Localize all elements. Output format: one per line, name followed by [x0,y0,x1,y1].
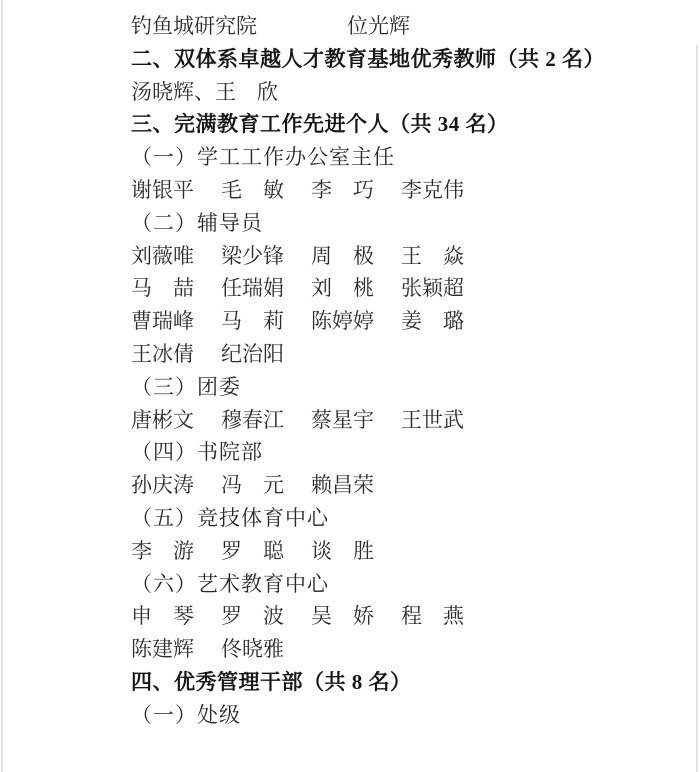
person-name: 吴 娇 [311,600,374,633]
document-content: 钓鱼城研究院位光辉二、双体系卓越人才教育基地优秀教师（共 2 名）汤晓辉、王 欣… [131,10,671,732]
person-name: 任瑞娟 [221,272,284,305]
text-line: 汤晓辉、王 欣 [131,76,671,109]
name-row: 刘薇唯梁少锋周 极王 焱 [131,240,671,273]
subsection-heading: （六）艺术教育中心 [131,568,671,601]
unit-name: 钓鱼城研究院 [131,10,347,43]
person-name: 罗 波 [221,600,284,633]
person-name: 纪治阳 [221,338,284,371]
scan-edge-right [696,45,698,772]
name-row: 申 琴罗 波吴 娇程 燕 [131,600,671,633]
person-name: 佟晓雅 [221,633,284,666]
person-name: 程 燕 [401,600,464,633]
person-name: 刘 桃 [311,272,374,305]
person-name: 位光辉 [347,14,410,38]
document-page: 钓鱼城研究院位光辉二、双体系卓越人才教育基地优秀教师（共 2 名）汤晓辉、王 欣… [0,0,700,772]
person-name: 马 莉 [221,305,284,338]
person-name: 申 琴 [131,600,194,633]
person-name: 马 喆 [131,272,194,305]
person-name: 王冰倩 [131,338,194,371]
name-row: 谢银平毛 敏李 巧李克伟 [131,174,671,207]
person-name: 穆春江 [221,404,284,437]
person-name: 蔡星宇 [311,404,374,437]
name-row: 马 喆任瑞娟刘 桃张颖超 [131,272,671,305]
person-name: 冯 元 [221,469,284,502]
person-name: 陈婷婷 [311,305,374,338]
section-heading: 四、优秀管理干部（共 8 名） [131,666,671,699]
person-name: 毛 敏 [221,174,284,207]
person-name: 赖昌荣 [311,469,374,502]
person-name: 唐彬文 [131,404,194,437]
person-name: 罗 聪 [221,535,284,568]
section-heading: 三、完满教育工作先进个人（共 34 名） [131,108,671,141]
scan-edge-left [1,0,3,772]
person-name: 曹瑞峰 [131,305,194,338]
person-name: 谈 胜 [311,535,374,568]
person-name: 梁少锋 [221,240,284,273]
name-row: 李 游罗 聪谈 胜 [131,535,671,568]
person-name: 李克伟 [401,174,464,207]
person-name: 谢银平 [131,174,194,207]
person-name: 李 游 [131,535,194,568]
person-name: 姜 璐 [401,305,464,338]
name-row: 孙庆涛冯 元赖昌荣 [131,469,671,502]
person-name: 王 焱 [401,240,464,273]
unit-person-row: 钓鱼城研究院位光辉 [131,10,671,43]
person-name: 刘薇唯 [131,240,194,273]
subsection-heading: （二）辅导员 [131,207,671,240]
name-row: 曹瑞峰马 莉陈婷婷姜 璐 [131,305,671,338]
name-row: 唐彬文穆春江蔡星宇王世武 [131,404,671,437]
name-row: 陈建辉佟晓雅 [131,633,671,666]
person-name: 张颖超 [401,272,464,305]
section-heading: 二、双体系卓越人才教育基地优秀教师（共 2 名） [131,43,671,76]
subsection-heading: （五）竞技体育中心 [131,502,671,535]
subsection-heading: （三）团委 [131,371,671,404]
person-name: 李 巧 [311,174,374,207]
person-name: 陈建辉 [131,633,194,666]
name-row: 王冰倩纪治阳 [131,338,671,371]
person-name: 周 极 [311,240,374,273]
subsection-heading: （一）处级 [131,699,671,732]
subsection-heading: （一）学工工作办公室主任 [131,141,671,174]
subsection-heading: （四）书院部 [131,436,671,469]
person-name: 孙庆涛 [131,469,194,502]
person-name: 王世武 [401,404,464,437]
